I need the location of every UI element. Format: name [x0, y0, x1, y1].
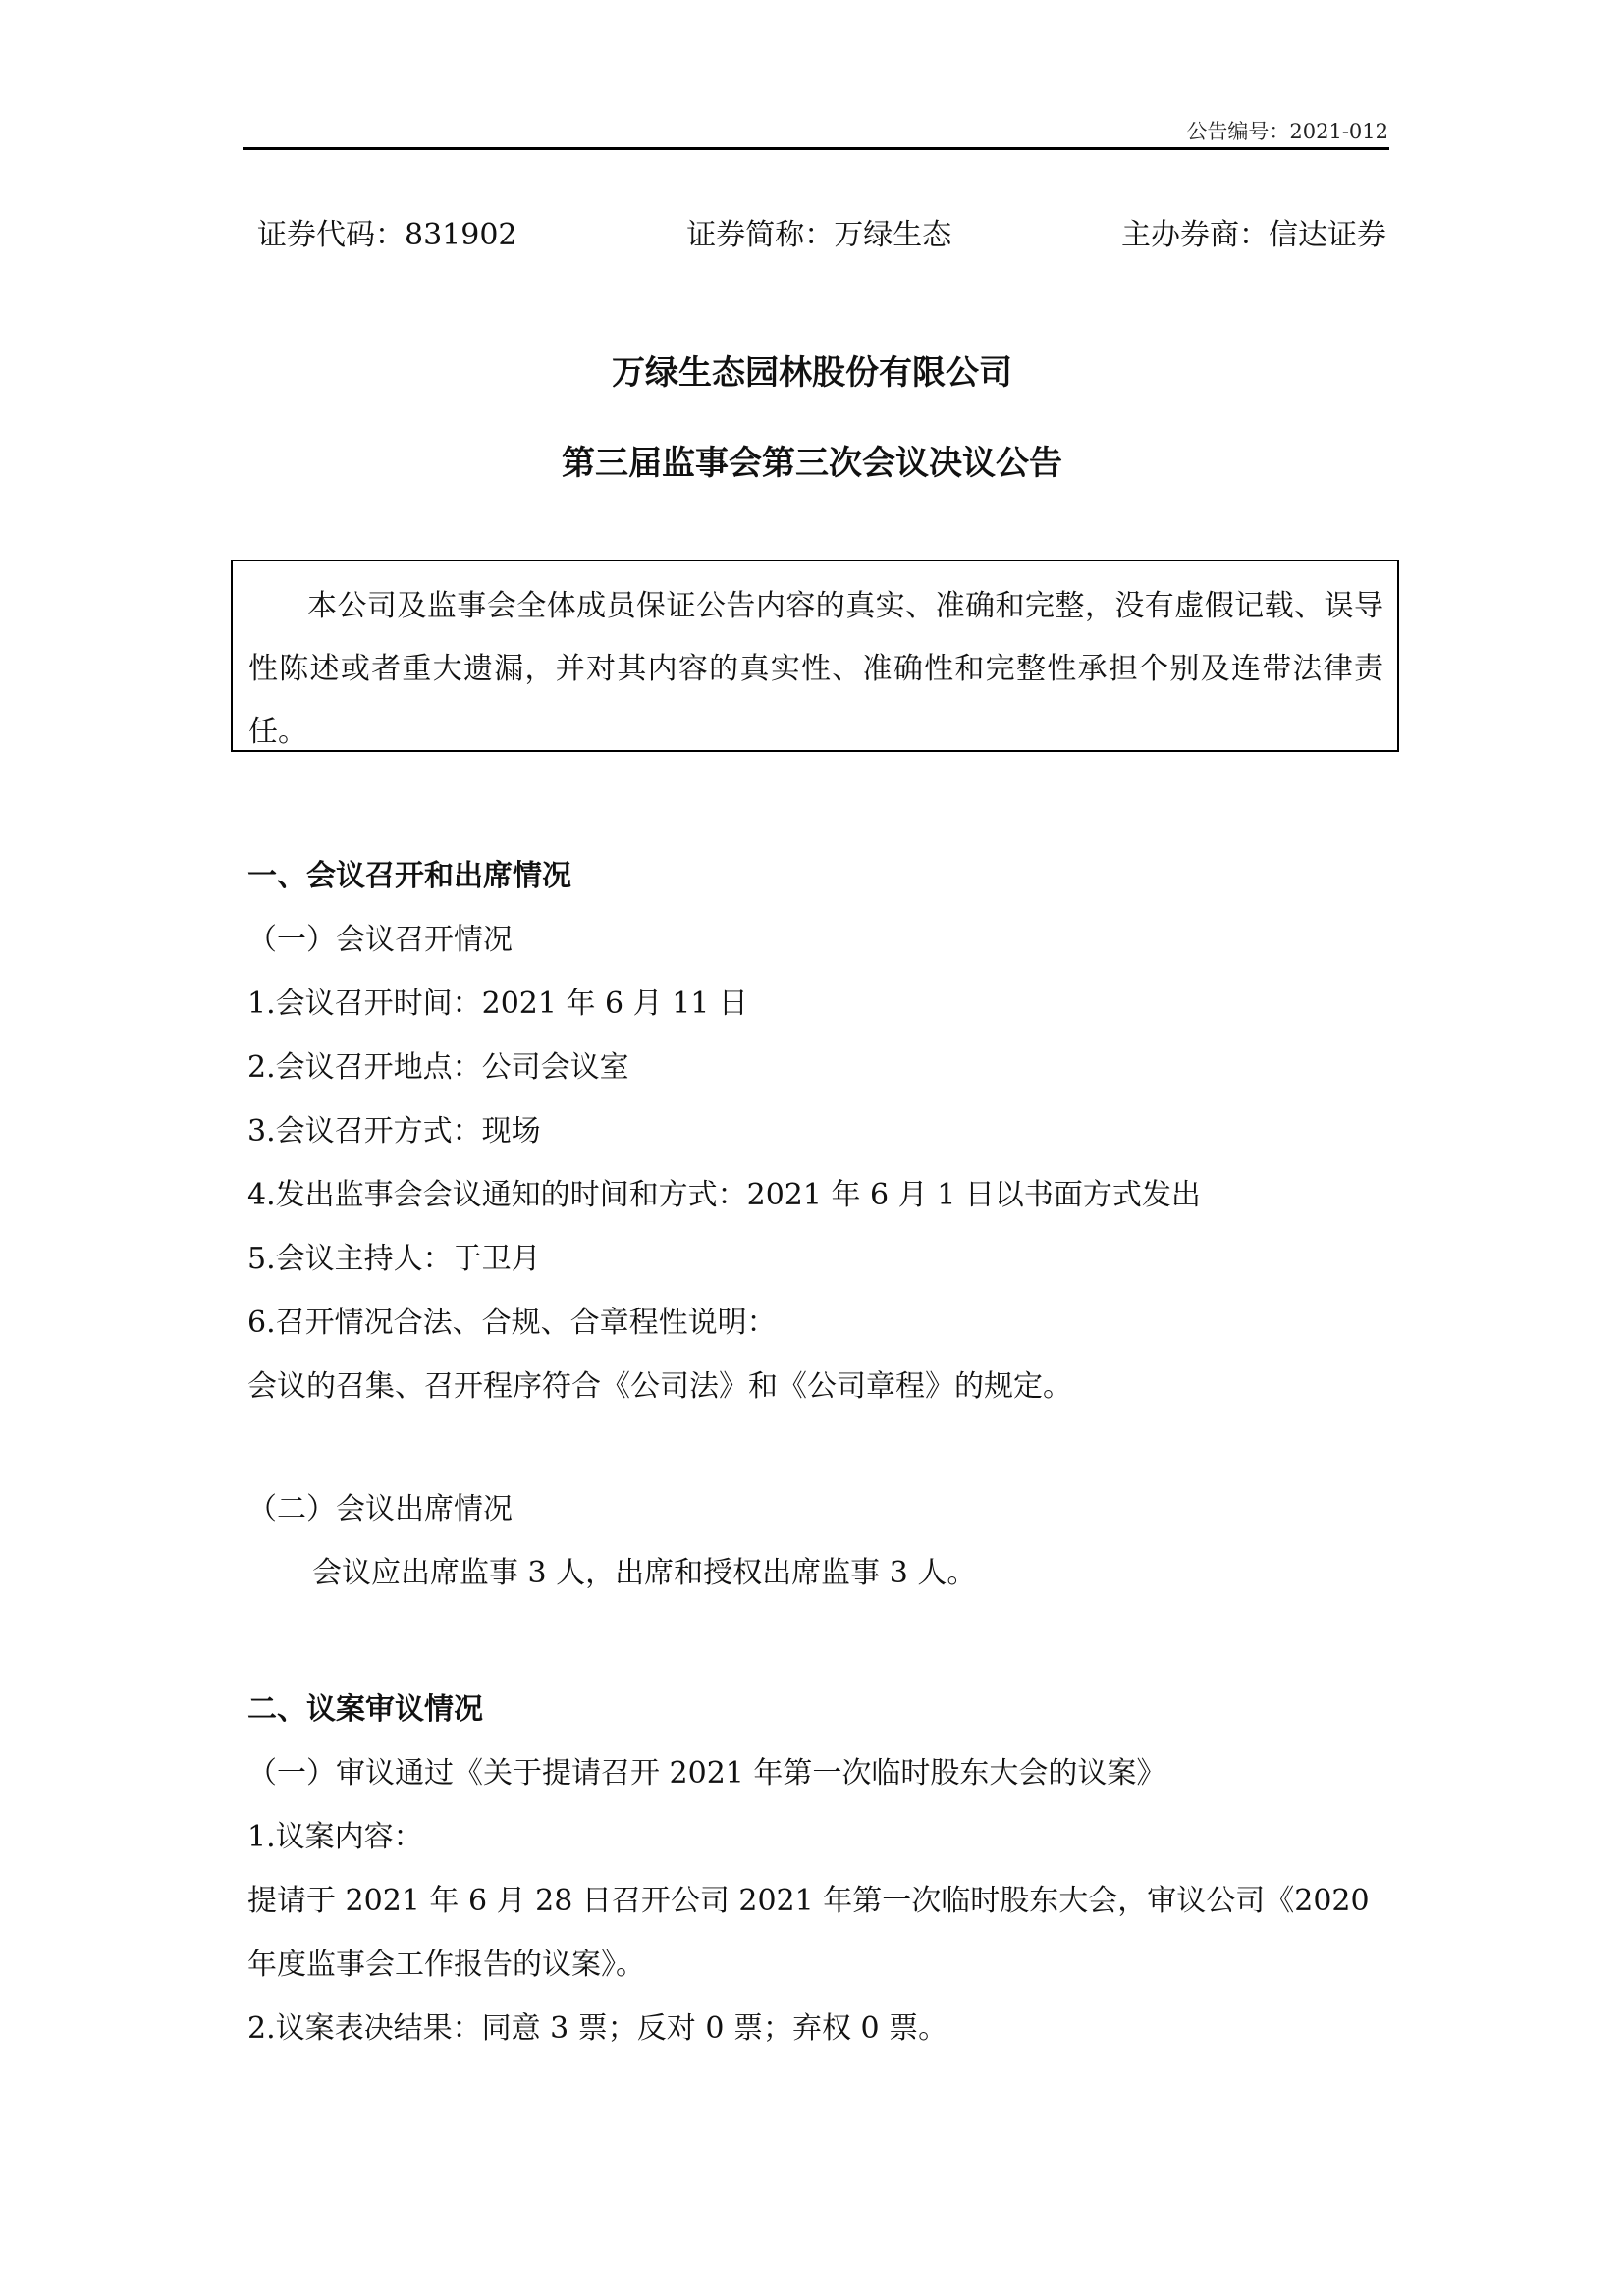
motion-content-label: 1.议案内容：	[247, 1813, 1386, 1877]
company-title: 万绿生态园林股份有限公司	[0, 346, 1624, 394]
notice-time-method: 4.发出监事会会议通知的时间和方式：2021 年 6 月 1 日以书面方式发出	[247, 1171, 1386, 1235]
announcement-number: 公告编号：2021-012	[1186, 116, 1388, 145]
meeting-time: 1.会议召开时间：2021 年 6 月 11 日	[247, 980, 1386, 1043]
compliance-statement: 会议的召集、召开程序符合《公司法》和《公司章程》的规定。	[247, 1362, 1386, 1426]
security-short-name: 证券简称：万绿生态	[686, 210, 951, 253]
motion-vote-result: 2.议案表决结果：同意 3 票；反对 0 票；弃权 0 票。	[247, 2004, 1386, 2068]
motion-content-line-2: 年度监事会工作报告的议案》。	[247, 1941, 1386, 2004]
attendance-text: 会议应出席监事 3 人，出席和授权出席监事 3 人。	[247, 1549, 1386, 1613]
meeting-location: 2.会议召开地点：公司会议室	[247, 1043, 1386, 1107]
announcement-title: 第三届监事会第三次会议决议公告	[0, 436, 1624, 484]
section-heading-motions: 二、议案审议情况	[247, 1685, 1386, 1749]
meeting-method: 3.会议召开方式：现场	[247, 1107, 1386, 1171]
securities-info: 证券代码：831902 证券简称：万绿生态 主办券商：信达证券	[257, 210, 1386, 253]
sponsor-broker: 主办券商：信达证券	[1121, 210, 1386, 253]
disclaimer-text: 本公司及监事会全体成员保证公告内容的真实、准确和完整，没有虚假记载、误导性陈述或…	[248, 575, 1383, 764]
subsection-heading-attendance: （二）会议出席情况	[247, 1485, 1386, 1549]
spacer	[247, 1426, 1386, 1485]
document-body: 一、会议召开和出席情况 （一）会议召开情况 1.会议召开时间：2021 年 6 …	[247, 852, 1386, 2068]
disclaimer-box: 本公司及监事会全体成员保证公告内容的真实、准确和完整，没有虚假记载、误导性陈述或…	[231, 560, 1399, 752]
compliance-label: 6.召开情况合法、合规、合章程性说明：	[247, 1299, 1386, 1362]
meeting-host: 5.会议主持人：于卫月	[247, 1235, 1386, 1299]
motion-heading: （一）审议通过《关于提请召开 2021 年第一次临时股东大会的议案》	[247, 1749, 1386, 1813]
motion-content-line-1: 提请于 2021 年 6 月 28 日召开公司 2021 年第一次临时股东大会，…	[247, 1877, 1386, 1941]
security-code: 证券代码：831902	[257, 210, 517, 253]
section-heading-meeting: 一、会议召开和出席情况	[247, 852, 1386, 916]
spacer	[247, 1613, 1386, 1685]
header-rule	[243, 147, 1389, 150]
subsection-heading-convening: （一）会议召开情况	[247, 916, 1386, 980]
